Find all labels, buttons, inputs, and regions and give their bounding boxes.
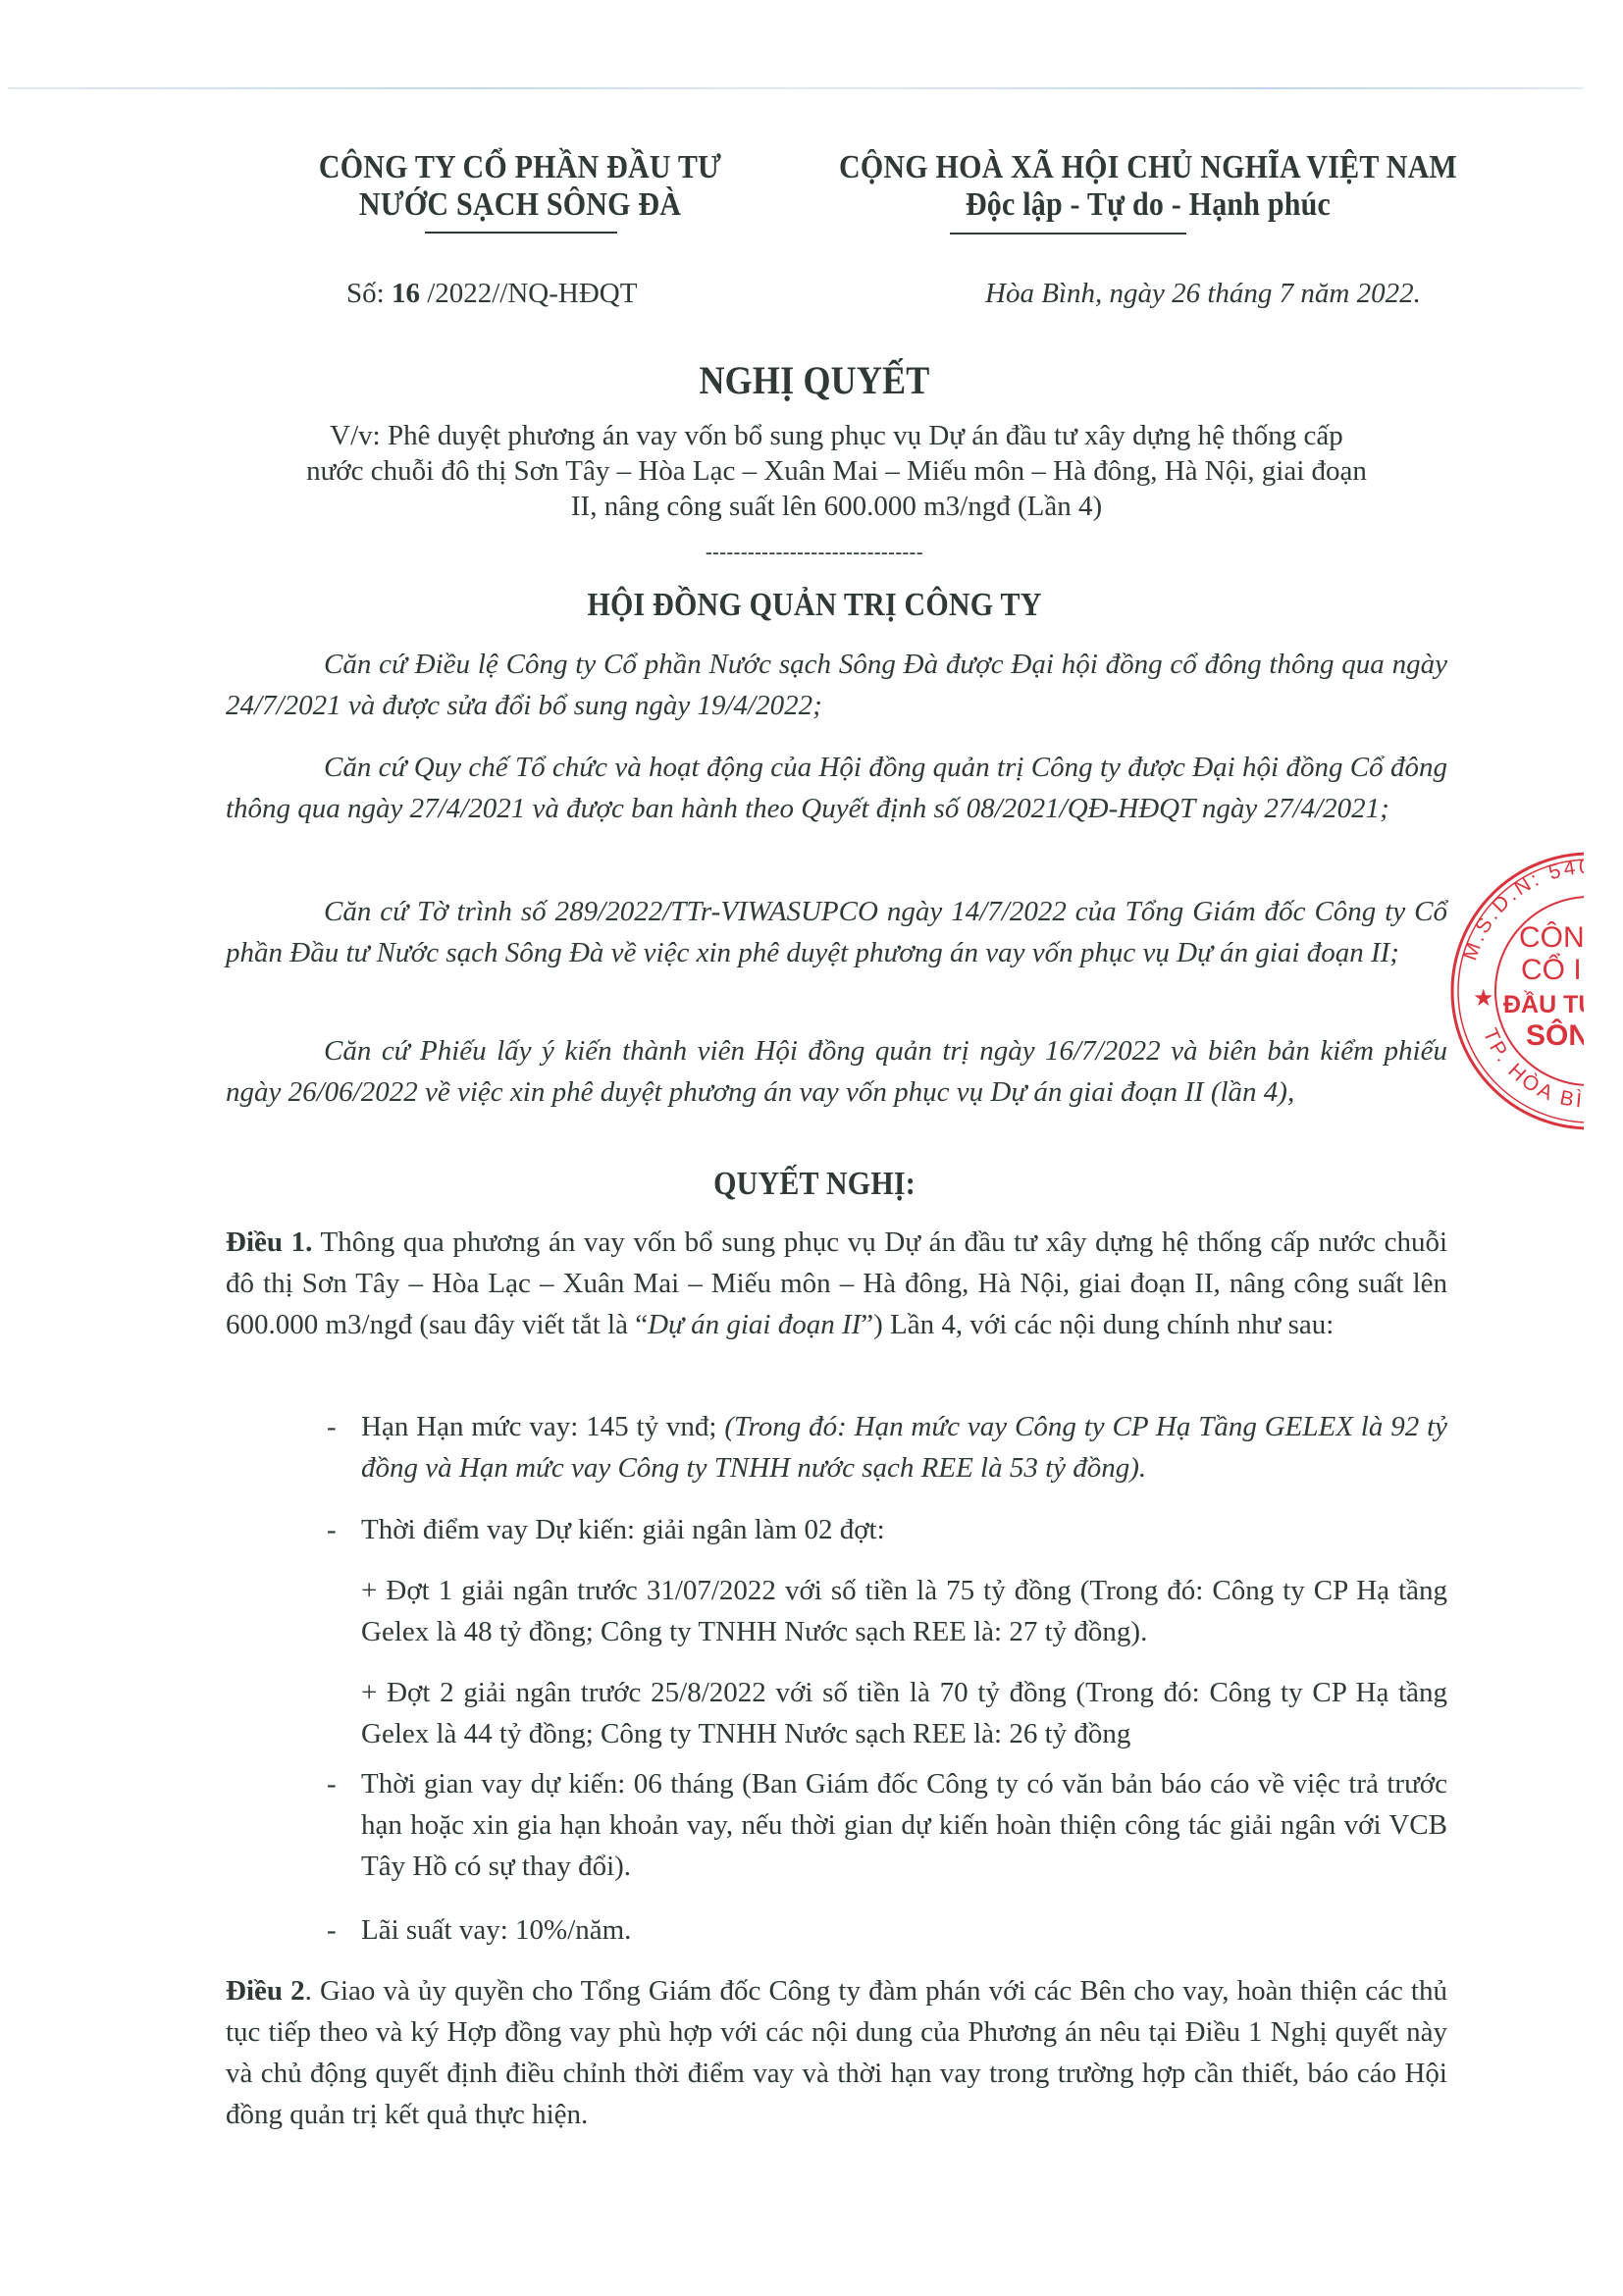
svg-text:SÔN: SÔN bbox=[1526, 1018, 1584, 1052]
company-name-line1: CÔNG TY CỔ PHẦN ĐẦU TƯ bbox=[275, 149, 765, 186]
doc-number-prefix: Số: bbox=[346, 278, 392, 309]
article-1-text-end: ”) Lần 4, với các nội dung chính như sau… bbox=[861, 1309, 1334, 1340]
basis-paragraph-2: Căn cứ Quy chế Tổ chức và hoạt động của … bbox=[226, 747, 1447, 829]
basis-paragraph-4: Căn cứ Phiếu lấy ý kiến thành viên Hội đ… bbox=[226, 1030, 1447, 1113]
list-item-loan-timing: - Thời điểm vay Dự kiến: giải ngân làm 0… bbox=[327, 1509, 1447, 1550]
svg-text:ĐẦU TƯ N: ĐẦU TƯ N bbox=[1503, 990, 1584, 1018]
bullet-dash: - bbox=[327, 1406, 337, 1447]
loan-limit-text: Hạn Hạn mức vay: 145 tỷ vnđ; bbox=[361, 1411, 724, 1442]
list-item-interest-rate: - Lãi suất vay: 10%/năm. bbox=[327, 1909, 1447, 1951]
company-seal: M.S.D.N: 54003 TP. HÒA BÌN ★ CÔN CỔ I ĐẦ… bbox=[1442, 834, 1584, 1148]
svg-text:CÔN: CÔN bbox=[1519, 920, 1584, 954]
article-2-text: . Giao và ủy quyền cho Tổng Giám đốc Côn… bbox=[226, 1975, 1447, 2130]
tranche-1: + Đợt 1 giải ngân trước 31/07/2022 với s… bbox=[361, 1570, 1447, 1652]
bullet-dash: - bbox=[327, 1909, 337, 1951]
bullet-dash: - bbox=[327, 1763, 337, 1804]
article-1-label: Điều 1. bbox=[226, 1226, 312, 1258]
article-1: Điều 1. Thông qua phương án vay vốn bổ s… bbox=[226, 1222, 1447, 1345]
subject-line-1: V/v: Phê duyệt phương án vay vốn bổ sung… bbox=[226, 420, 1447, 452]
scan-edge-line bbox=[8, 87, 1583, 89]
company-underline bbox=[425, 232, 617, 234]
article-1-italic: Dự án giai đoạn II bbox=[648, 1309, 861, 1340]
document-page: CÔNG TY CỔ PHẦN ĐẦU TƯ NƯỚC SẠCH SÔNG ĐÀ… bbox=[0, 0, 1623, 2296]
bullet-dash: - bbox=[327, 1509, 337, 1550]
svg-text:CỔ I: CỔ I bbox=[1521, 953, 1582, 986]
tranche-2: + Đợt 2 giải ngân trước 25/8/2022 với số… bbox=[361, 1672, 1447, 1754]
resolution-heading: QUYẾT NGHỊ: bbox=[618, 1166, 1011, 1203]
article-2-label: Điều 2 bbox=[226, 1975, 305, 2007]
nation-motto: Độc lập - Tự do - Hạnh phúc bbox=[795, 186, 1501, 224]
subject-line-3: II, nâng công suất lên 600.000 m3/ngđ (L… bbox=[226, 491, 1447, 523]
issuer-heading: HỘI ĐỒNG QUẢN TRỊ CÔNG TY bbox=[422, 587, 1207, 624]
seal-icon: M.S.D.N: 54003 TP. HÒA BÌN ★ CÔN CỔ I ĐẦ… bbox=[1442, 834, 1584, 1148]
list-item-loan-limit: - Hạn Hạn mức vay: 145 tỷ vnđ; (Trong đó… bbox=[327, 1406, 1447, 1488]
doc-number-suffix: /2022//NQ-HĐQT bbox=[420, 278, 638, 309]
list-item-loan-term: - Thời gian vay dự kiến: 06 tháng (Ban G… bbox=[327, 1763, 1447, 1887]
subject-line-2: nước chuỗi đô thị Sơn Tây – Hòa Lạc – Xu… bbox=[226, 455, 1447, 488]
nation-title: CỘNG HOÀ XÃ HỘI CHỦ NGHĨA VIỆT NAM bbox=[795, 149, 1501, 186]
svg-text:★: ★ bbox=[1473, 985, 1494, 1012]
motto-underline bbox=[950, 233, 1186, 235]
basis-paragraph-3: Căn cứ Tờ trình số 289/2022/TTr-VIWASUPC… bbox=[226, 891, 1447, 973]
company-name-line2: NƯỚC SẠCH SÔNG ĐÀ bbox=[275, 186, 765, 224]
document-number: Số: 16 /2022//NQ-HĐQT bbox=[346, 278, 637, 310]
document-title: NGHỊ QUYẾT bbox=[520, 357, 1109, 403]
loan-term-text: Thời gian vay dự kiến: 06 tháng (Ban Giá… bbox=[361, 1763, 1447, 1887]
loan-timing-text: Thời điểm vay Dự kiến: giải ngân làm 02 … bbox=[361, 1509, 1447, 1550]
place-date: Hòa Bình, ngày 26 tháng 7 năm 2022. bbox=[985, 278, 1421, 310]
doc-number-value: 16 bbox=[392, 278, 420, 309]
basis-paragraph-1: Căn cứ Điều lệ Công ty Cổ phần Nước sạch… bbox=[226, 644, 1447, 726]
title-separator: ------------------------------- bbox=[618, 542, 1011, 564]
article-2: Điều 2. Giao và ủy quyền cho Tổng Giám đ… bbox=[226, 1970, 1447, 2135]
interest-rate-text: Lãi suất vay: 10%/năm. bbox=[361, 1909, 1447, 1951]
